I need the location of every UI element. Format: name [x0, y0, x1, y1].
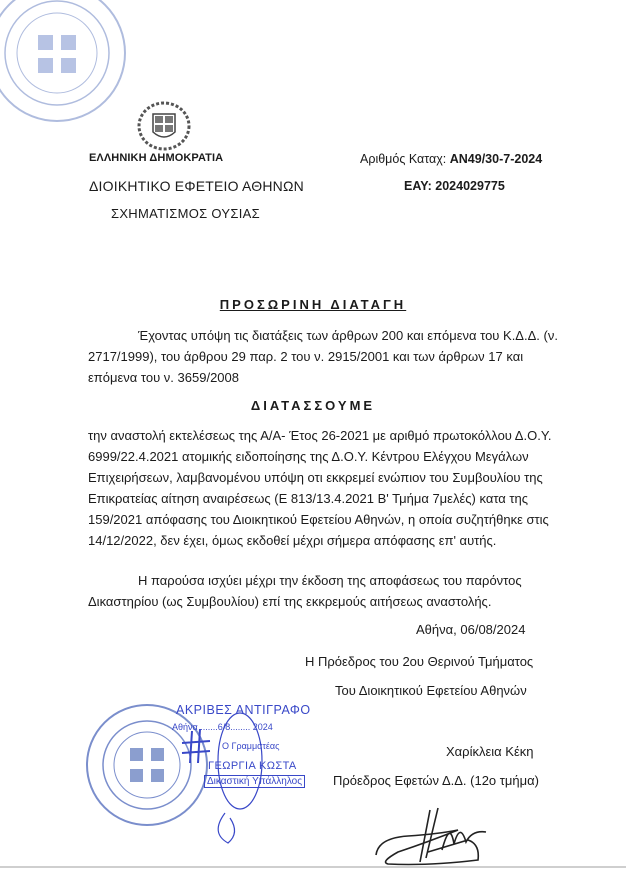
coat-of-arms-icon	[136, 100, 192, 152]
signatory-title-line2: Του Διοικητικού Εφετείου Αθηνών	[335, 683, 527, 698]
order-heading: ΔΙΑΤΑΣΣΟΥΜΕ	[0, 398, 626, 413]
signatory-title-line1: Η Πρόεδρος του 2ου Θερινού Τμήματος	[305, 654, 533, 669]
court-formation: ΣΧΗΜΑΤΙΣΜΟΣ ΟΥΣΙΑΣ	[111, 206, 260, 221]
validity-paragraph: Η παρούσα ισχύει μέχρι την έκδοση της απ…	[88, 570, 558, 612]
republic-heading: ΕΛΛΗΝΙΚΗ ΔΗΜΟΚΡΑΤΙΑ	[89, 152, 223, 164]
document-title: ΠΡΟΣΩΡΙΝΗ ΔΙΑΤΑΓΗ	[0, 297, 626, 312]
signatory-role: Πρόεδρος Εφετών Δ.Δ. (12ο τμήμα)	[333, 773, 539, 788]
page-bottom-edge	[0, 866, 626, 868]
certified-copy-stamp: ΑΚΡΙΒΕΣ ΑΝΤΙΓΡΑΦΟ Αθήνα .......6/8......…	[170, 703, 340, 853]
order-paragraph: την αναστολή εκτελέσεως της Α/Α- Έτος 26…	[88, 425, 558, 551]
eay-number: ΕΑΥ: 2024029775	[404, 179, 505, 193]
signatory-name: Χαρίκλεια Κέκη	[446, 744, 533, 759]
registration-label: Αριθμός Καταχ:	[360, 152, 446, 166]
place-date: Αθήνα, 06/08/2024	[416, 622, 525, 637]
clerk-signature-icon	[170, 703, 340, 853]
court-name: ΔΙΟΙΚΗΤΙΚΟ ΕΦΕΤΕΙΟ ΑΘΗΝΩΝ	[89, 178, 304, 194]
president-signature-icon	[368, 800, 528, 870]
court-seal-icon	[0, 0, 132, 128]
registration-value: ΑΝ49/30-7-2024	[450, 152, 542, 166]
preamble-paragraph: Έχοντας υπόψη τις διατάξεις των άρθρων 2…	[88, 325, 558, 388]
registration-number: Αριθμός Καταχ: ΑΝ49/30-7-2024	[360, 152, 542, 166]
